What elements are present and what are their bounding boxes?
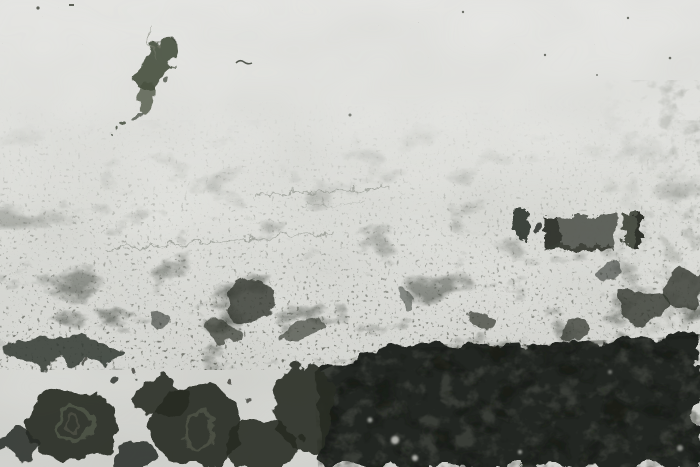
wall-texture-photo	[0, 0, 700, 467]
white-fleck-layer	[0, 0, 700, 467]
wall-texture-canvas	[0, 0, 700, 467]
